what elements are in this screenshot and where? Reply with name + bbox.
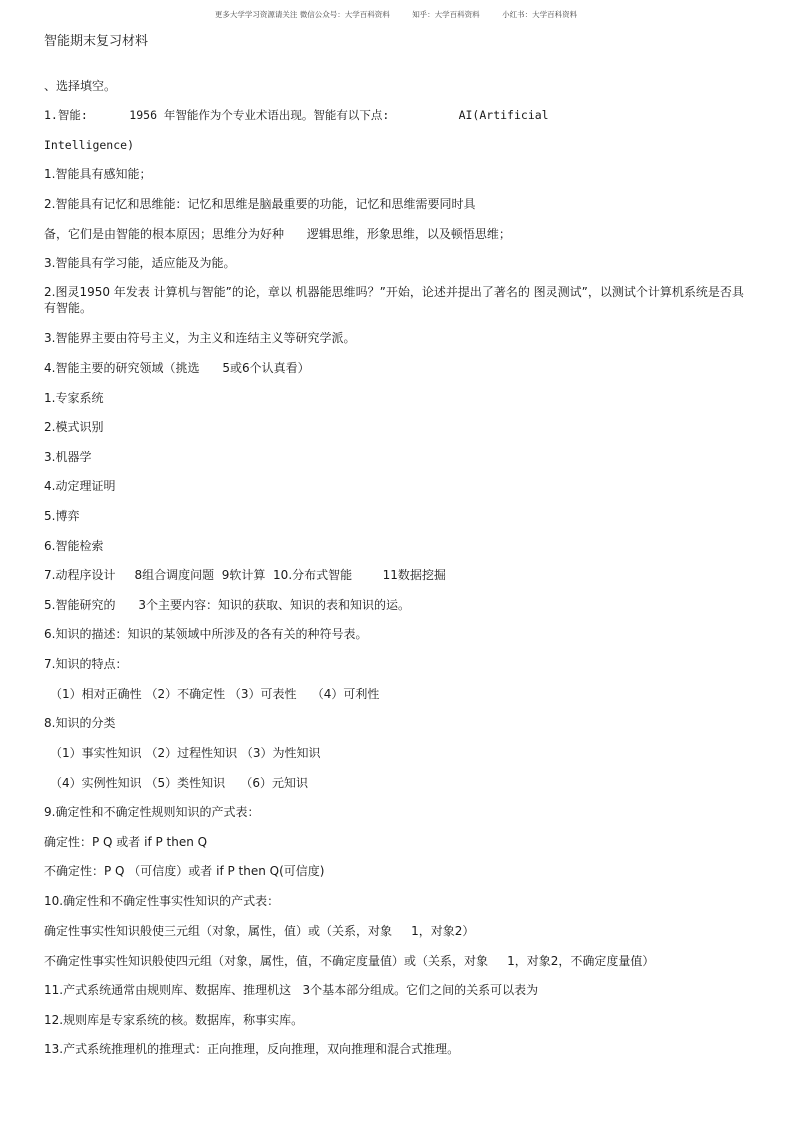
text-line: 确定性：P Q 或者 if P then Q xyxy=(44,834,207,850)
text-line: 7.动程序设计 8组合调度问题 9软计算 10.分布式智能 11数据挖掘 xyxy=(44,567,446,583)
text-line: 1.智能: 1956 年智能作为个专业术语出现。智能有以下点: AI(Artif… xyxy=(44,107,549,123)
text-line: 7.知识的特点： xyxy=(44,656,127,672)
text-line: 3.智能具有学习能，适应能及为能。 xyxy=(44,255,235,271)
text-line: 12.规则库是专家系统的核。数据库，称事实库。 xyxy=(44,1012,303,1028)
header-xiaohongshu-note: 小红书：大学百科资料 xyxy=(502,10,577,19)
text-line: 1.专家系统 xyxy=(44,390,103,406)
text-line: 8.知识的分类 xyxy=(44,715,115,731)
text-line: 5.智能研究的 3个主要内容：知识的获取、知识的表和知识的运。 xyxy=(44,597,410,613)
text-line: 9.确定性和不确定性规则知识的产式表： xyxy=(44,804,259,820)
text-line: （1）事实性知识 （2）过程性知识 （3）为性知识 xyxy=(50,745,321,761)
text-line: 备，它们是由智能的根本原因；思维分为好种 逻辑思维，形象思维，以及顿悟思维； xyxy=(44,226,511,242)
page-header: 更多大学学习资源请关注 微信公众号：大学百科资料 知乎：大学百科资料 小红书：大… xyxy=(0,9,792,20)
text-line: 确定性事实性知识般使三元组（对象，属性，值）或（关系，对象 1，对象2） xyxy=(44,923,474,939)
text-line: 2.模式识别 xyxy=(44,419,103,435)
text-line: 3.智能界主要由符号主义，为主义和连结主义等研究学派。 xyxy=(44,330,355,346)
text-line: Intelligence) xyxy=(44,137,134,153)
text-line: 5.博弈 xyxy=(44,508,79,524)
text-line: （1）相对正确性 （2）不确定性 （3）可表性 （4）可利性 xyxy=(50,686,379,702)
text-line: 4.动定理证明 xyxy=(44,478,115,494)
text-line: 1.智能具有感知能； xyxy=(44,166,151,182)
text-line: 3.机器学 xyxy=(44,449,91,465)
text-line: 2.智能具有记忆和思维能：记忆和思维是脑最重要的功能，记忆和思维需要同时具 xyxy=(44,196,475,212)
header-zhihu-note: 知乎：大学百科资料 xyxy=(412,10,480,19)
text-line: 不确定性事实性知识般使四元组（对象，属性，值，不确定度量值）或（关系，对象 1，… xyxy=(44,953,654,969)
text-line: 13.产式系统推理机的推理式：正向推理，反向推理，双向推理和混合式推理。 xyxy=(44,1041,459,1057)
text-line: 6.智能检索 xyxy=(44,538,103,554)
text-line: 2.图灵1950 年发表 计算机与智能”的论，章以 机器能思维吗？”开始，论述并… xyxy=(44,284,744,316)
text-line: 不确定性：P Q （可信度）或者 if P then Q(可信度) xyxy=(44,863,324,879)
document-title: 智能期末复习材料 xyxy=(44,30,148,49)
text-line: 10.确定性和不确定性事实性知识的产式表： xyxy=(44,893,279,909)
text-line: （4）实例性知识 （5）类性知识 （6）元知识 xyxy=(50,775,308,791)
text-line: 4.智能主要的研究领域（挑选 5或6个认真看） xyxy=(44,360,310,376)
text-line: 11.产式系统通常由规则库、数据库、推理机这 3个基本部分组成。它们之间的关系可… xyxy=(44,982,538,998)
text-line: 、选择填空。 xyxy=(44,78,116,94)
header-wechat-note: 更多大学学习资源请关注 微信公众号：大学百科资料 xyxy=(215,10,390,19)
text-line: 6.知识的描述：知识的某领域中所涉及的各有关的种符号表。 xyxy=(44,626,367,642)
